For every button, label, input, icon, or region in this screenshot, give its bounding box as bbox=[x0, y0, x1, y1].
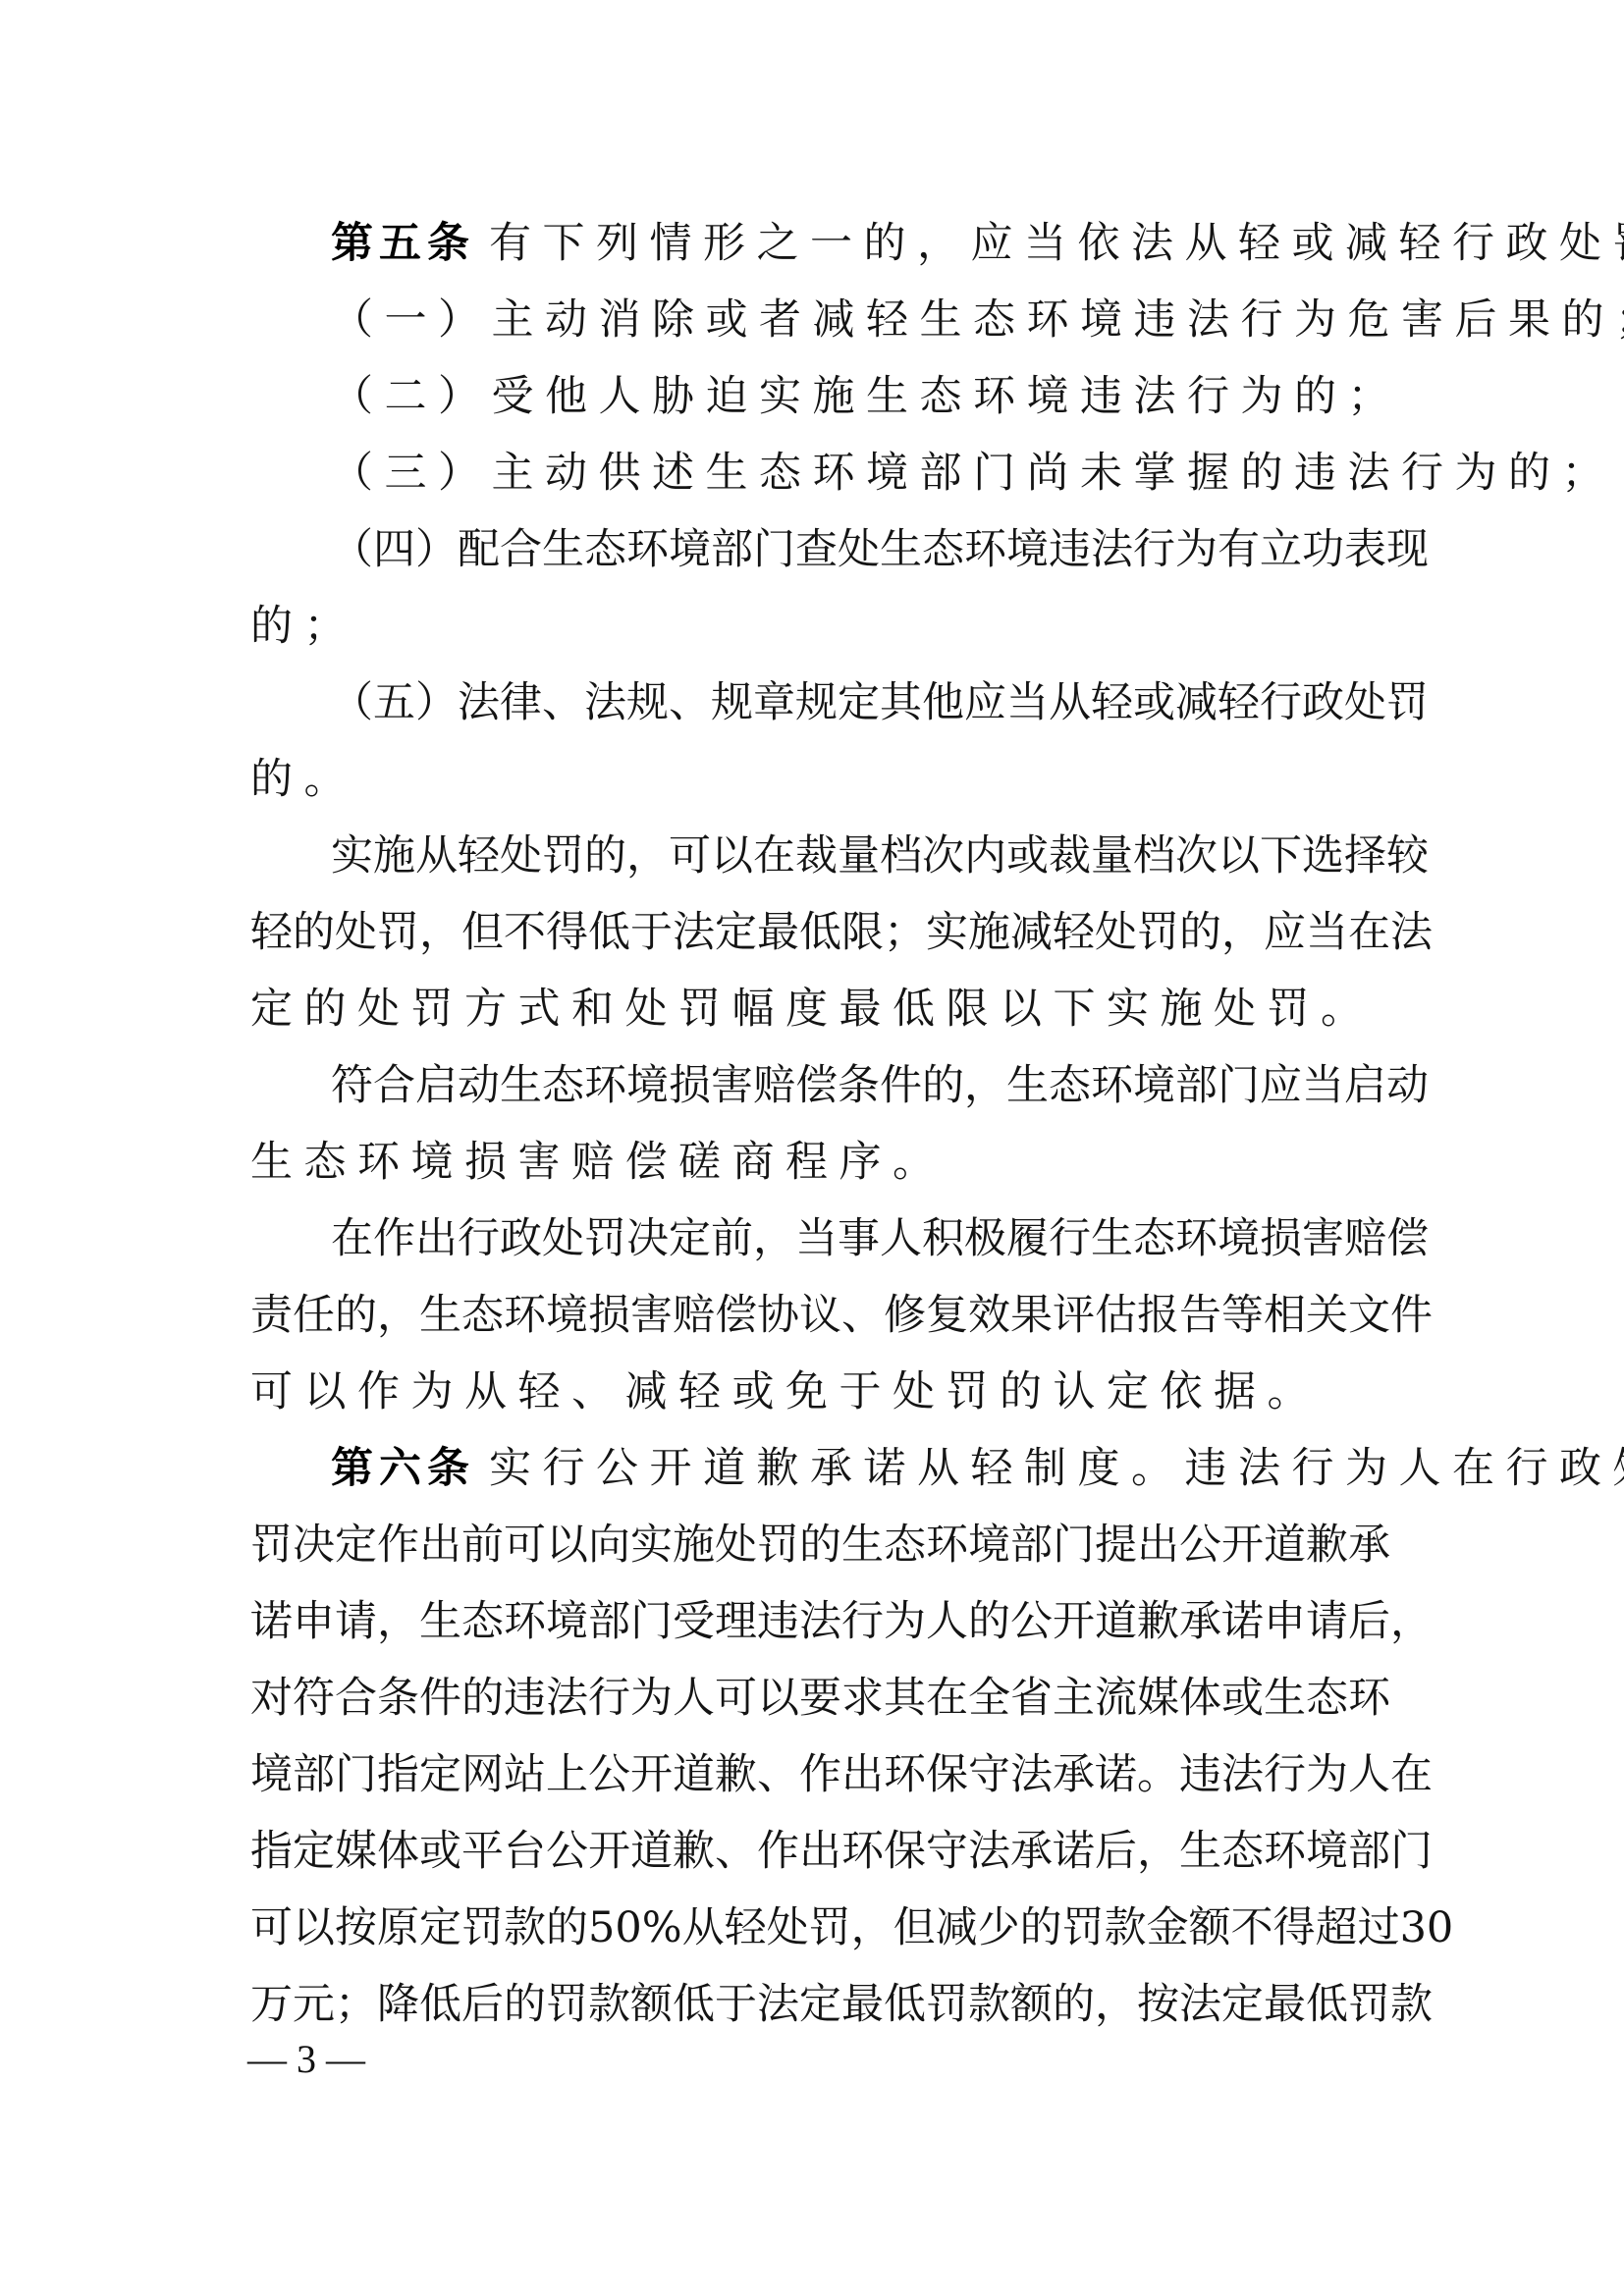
article-5-item-5: （五）法律、法规、规章规定其他应当从轻或减轻行政处罚 bbox=[331, 665, 1391, 741]
paragraph-before-decision-3: 可以作为从轻、减轻或免于处罚的认定依据。 bbox=[250, 1354, 1389, 1430]
article-6-intro: 第六条实行公开道歉承诺从轻制度。违法行为人在行政处 bbox=[331, 1430, 1391, 1507]
article-5-item-4-cont: 的； bbox=[250, 588, 1389, 665]
justified-text: 万元；降低后的罚款额低于法定最低罚款额的，按法定最低罚款 bbox=[250, 1966, 1389, 2043]
article-5-item-2: （二）受他人胁迫实施生态环境违法行为的； bbox=[331, 358, 1391, 435]
article-6-line-6: 指定媒体或平台公开道歉、作出环保守法承诺后，生态环境部门 bbox=[250, 1813, 1389, 1890]
justified-text: 轻的处罚，但不得低于法定最低限；实施减轻处罚的，应当在法 bbox=[250, 894, 1389, 971]
article-5-item-4: （四）配合生态环境部门查处生态环境违法行为有立功表现 bbox=[331, 511, 1391, 588]
line-text: 有下列情形之一的，应当依法从轻或减轻行政处罚： bbox=[489, 219, 1624, 268]
article-6-line-4: 对符合条件的违法行为人可以要求其在全省主流媒体或生态环 bbox=[250, 1660, 1389, 1736]
justified-text: 对符合条件的违法行为人可以要求其在全省主流媒体或生态环 bbox=[250, 1660, 1389, 1736]
justified-text: 责任的，生态环境损害赔偿协议、修复效果评估报告等相关文件 bbox=[250, 1277, 1389, 1354]
justified-text: 实施从轻处罚的，可以在裁量档次内或裁量档次以下选择较 bbox=[331, 818, 1391, 894]
justified-text: （四）配合生态环境部门查处生态环境违法行为有立功表现 bbox=[331, 511, 1391, 588]
article-6-line-2: 罚决定作出前可以向实施处罚的生态环境部门提出公开道歉承 bbox=[250, 1507, 1389, 1583]
article-5-item-1: （一）主动消除或者减轻生态环境违法行为危害后果的； bbox=[331, 282, 1391, 358]
page-number: — 3 — bbox=[247, 2032, 365, 2087]
article-6-heading: 第六条 bbox=[331, 1444, 475, 1493]
line-text: 实行公开道歉承诺从轻制度。违法行为人在行政处 bbox=[489, 1444, 1624, 1493]
article-5-item-5-cont: 的。 bbox=[250, 741, 1389, 818]
justified-text: （五）法律、法规、规章规定其他应当从轻或减轻行政处罚 bbox=[331, 665, 1391, 741]
justified-text: 境部门指定网站上公开道歉、作出环保守法承诺。违法行为人在 bbox=[250, 1736, 1389, 1813]
paragraph-damage-compensation-2: 生态环境损害赔偿磋商程序。 bbox=[250, 1124, 1389, 1201]
article-6-line-7: 可以按原定罚款的50%从轻处罚，但减少的罚款金额不得超过30 bbox=[250, 1890, 1389, 1966]
article-6-line-3: 诺申请，生态环境部门受理违法行为人的公开道歉承诺申请后， bbox=[250, 1583, 1389, 1660]
justified-text: 在作出行政处罚决定前，当事人积极履行生态环境损害赔偿 bbox=[331, 1201, 1391, 1277]
paragraph-lighter-penalty-3: 定的处罚方式和处罚幅度最低限以下实施处罚。 bbox=[250, 971, 1389, 1047]
article-5-intro: 第五条有下列情形之一的，应当依法从轻或减轻行政处罚： bbox=[331, 205, 1391, 282]
paragraph-before-decision: 在作出行政处罚决定前，当事人积极履行生态环境损害赔偿 bbox=[331, 1201, 1391, 1277]
article-6-line-5: 境部门指定网站上公开道歉、作出环保守法承诺。违法行为人在 bbox=[250, 1736, 1389, 1813]
document-page: 第五条有下列情形之一的，应当依法从轻或减轻行政处罚： （一）主动消除或者减轻生态… bbox=[0, 0, 1624, 2296]
justified-text: 可以按原定罚款的50%从轻处罚，但减少的罚款金额不得超过30 bbox=[250, 1890, 1389, 1966]
paragraph-damage-compensation: 符合启动生态环境损害赔偿条件的，生态环境部门应当启动 bbox=[331, 1047, 1391, 1124]
justified-text: 指定媒体或平台公开道歉、作出环保守法承诺后，生态环境部门 bbox=[250, 1813, 1389, 1890]
justified-text: 符合启动生态环境损害赔偿条件的，生态环境部门应当启动 bbox=[331, 1047, 1391, 1124]
article-5-item-3: （三）主动供述生态环境部门尚未掌握的违法行为的； bbox=[331, 435, 1391, 511]
article-5-heading: 第五条 bbox=[331, 219, 475, 268]
paragraph-lighter-penalty: 实施从轻处罚的，可以在裁量档次内或裁量档次以下选择较 bbox=[331, 818, 1391, 894]
justified-text: 诺申请，生态环境部门受理违法行为人的公开道歉承诺申请后， bbox=[250, 1583, 1389, 1660]
article-6-line-8: 万元；降低后的罚款额低于法定最低罚款额的，按法定最低罚款 bbox=[250, 1966, 1389, 2043]
justified-text: 罚决定作出前可以向实施处罚的生态环境部门提出公开道歉承 bbox=[250, 1507, 1389, 1583]
paragraph-lighter-penalty-2: 轻的处罚，但不得低于法定最低限；实施减轻处罚的，应当在法 bbox=[250, 894, 1389, 971]
paragraph-before-decision-2: 责任的，生态环境损害赔偿协议、修复效果评估报告等相关文件 bbox=[250, 1277, 1389, 1354]
